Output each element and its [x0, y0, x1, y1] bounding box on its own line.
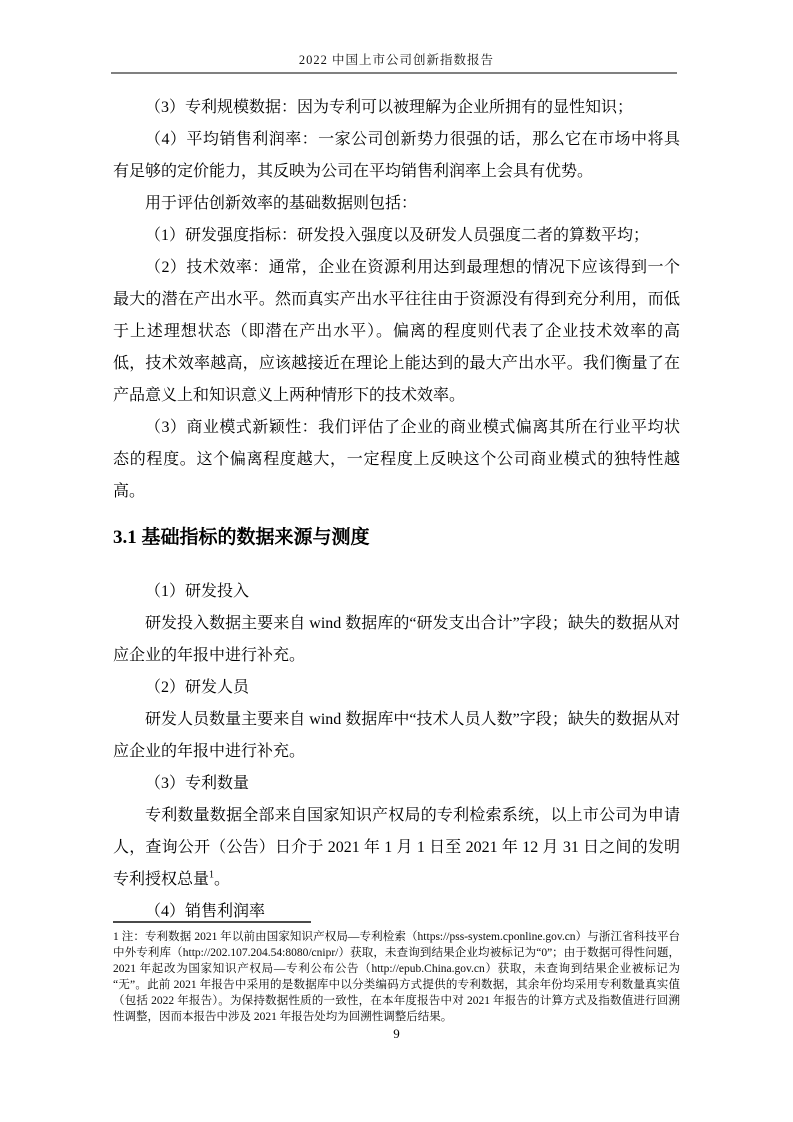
list-item-patent-count: （3）专利数量 [113, 768, 680, 800]
section-heading: 3.1 基础指标的数据来源与测度 [113, 524, 680, 552]
running-header: 2022 中国上市公司创新指数报告 [113, 50, 680, 68]
paragraph-patent-scale: （3）专利规模数据：因为专利可以被理解为企业所拥有的显性知识； [113, 92, 680, 124]
paragraph-business-model: （3）商业模式新颖性：我们评估了企业的商业模式偏离其所在行业平均状态的程度。这个… [113, 412, 680, 508]
paragraph-rd-intensity: （1）研发强度指标：研发投入强度以及研发人员强度二者的算数平均； [113, 220, 680, 252]
patent-source-text: 专利数量数据全部来自国家知识产权局的专利检索系统，以上市公司为申请人，查询公开（… [113, 807, 680, 888]
paragraph-patent-source: 专利数量数据全部来自国家知识产权局的专利检索系统，以上市公司为申请人，查询公开（… [113, 800, 680, 896]
page-content: （3）专利规模数据：因为专利可以被理解为企业所拥有的显性知识； （4）平均销售利… [113, 92, 680, 928]
list-item-rd-staff: （2）研发人员 [113, 672, 680, 704]
paragraph-rd-staff-source: 研发人员数量主要来自 wind 数据库中“技术人员人数”字段；缺失的数据从对应企… [113, 704, 680, 768]
footnote-area: 1 注：专利数据 2021 年以前由国家知识产权局—专利检索（https://p… [113, 921, 680, 1025]
paragraph-efficiency-intro: 用于评估创新效率的基础数据则包括： [113, 188, 680, 220]
footnote-text: 1 注：专利数据 2021 年以前由国家知识产权局—专利检索（https://p… [113, 929, 680, 1025]
document-page: 2022 中国上市公司创新指数报告 （3）专利规模数据：因为专利可以被理解为企业… [0, 0, 793, 1122]
patent-source-text-end: 。 [214, 871, 230, 888]
list-item-rd-investment: （1）研发投入 [113, 576, 680, 608]
paragraph-technical-efficiency: （2）技术效率：通常，企业在资源利用达到最理想的情况下应该得到一个最大的潜在产出… [113, 252, 680, 412]
paragraph-rd-investment-source: 研发投入数据主要来自 wind 数据库的“研发支出合计”字段；缺失的数据从对应企… [113, 608, 680, 672]
header-rule [111, 72, 677, 74]
page-number: 9 [113, 1026, 680, 1042]
paragraph-avg-profit: （4）平均销售利润率：一家公司创新势力很强的话，那么它在市场中将具有足够的定价能… [113, 124, 680, 188]
footnote-separator [113, 921, 311, 923]
